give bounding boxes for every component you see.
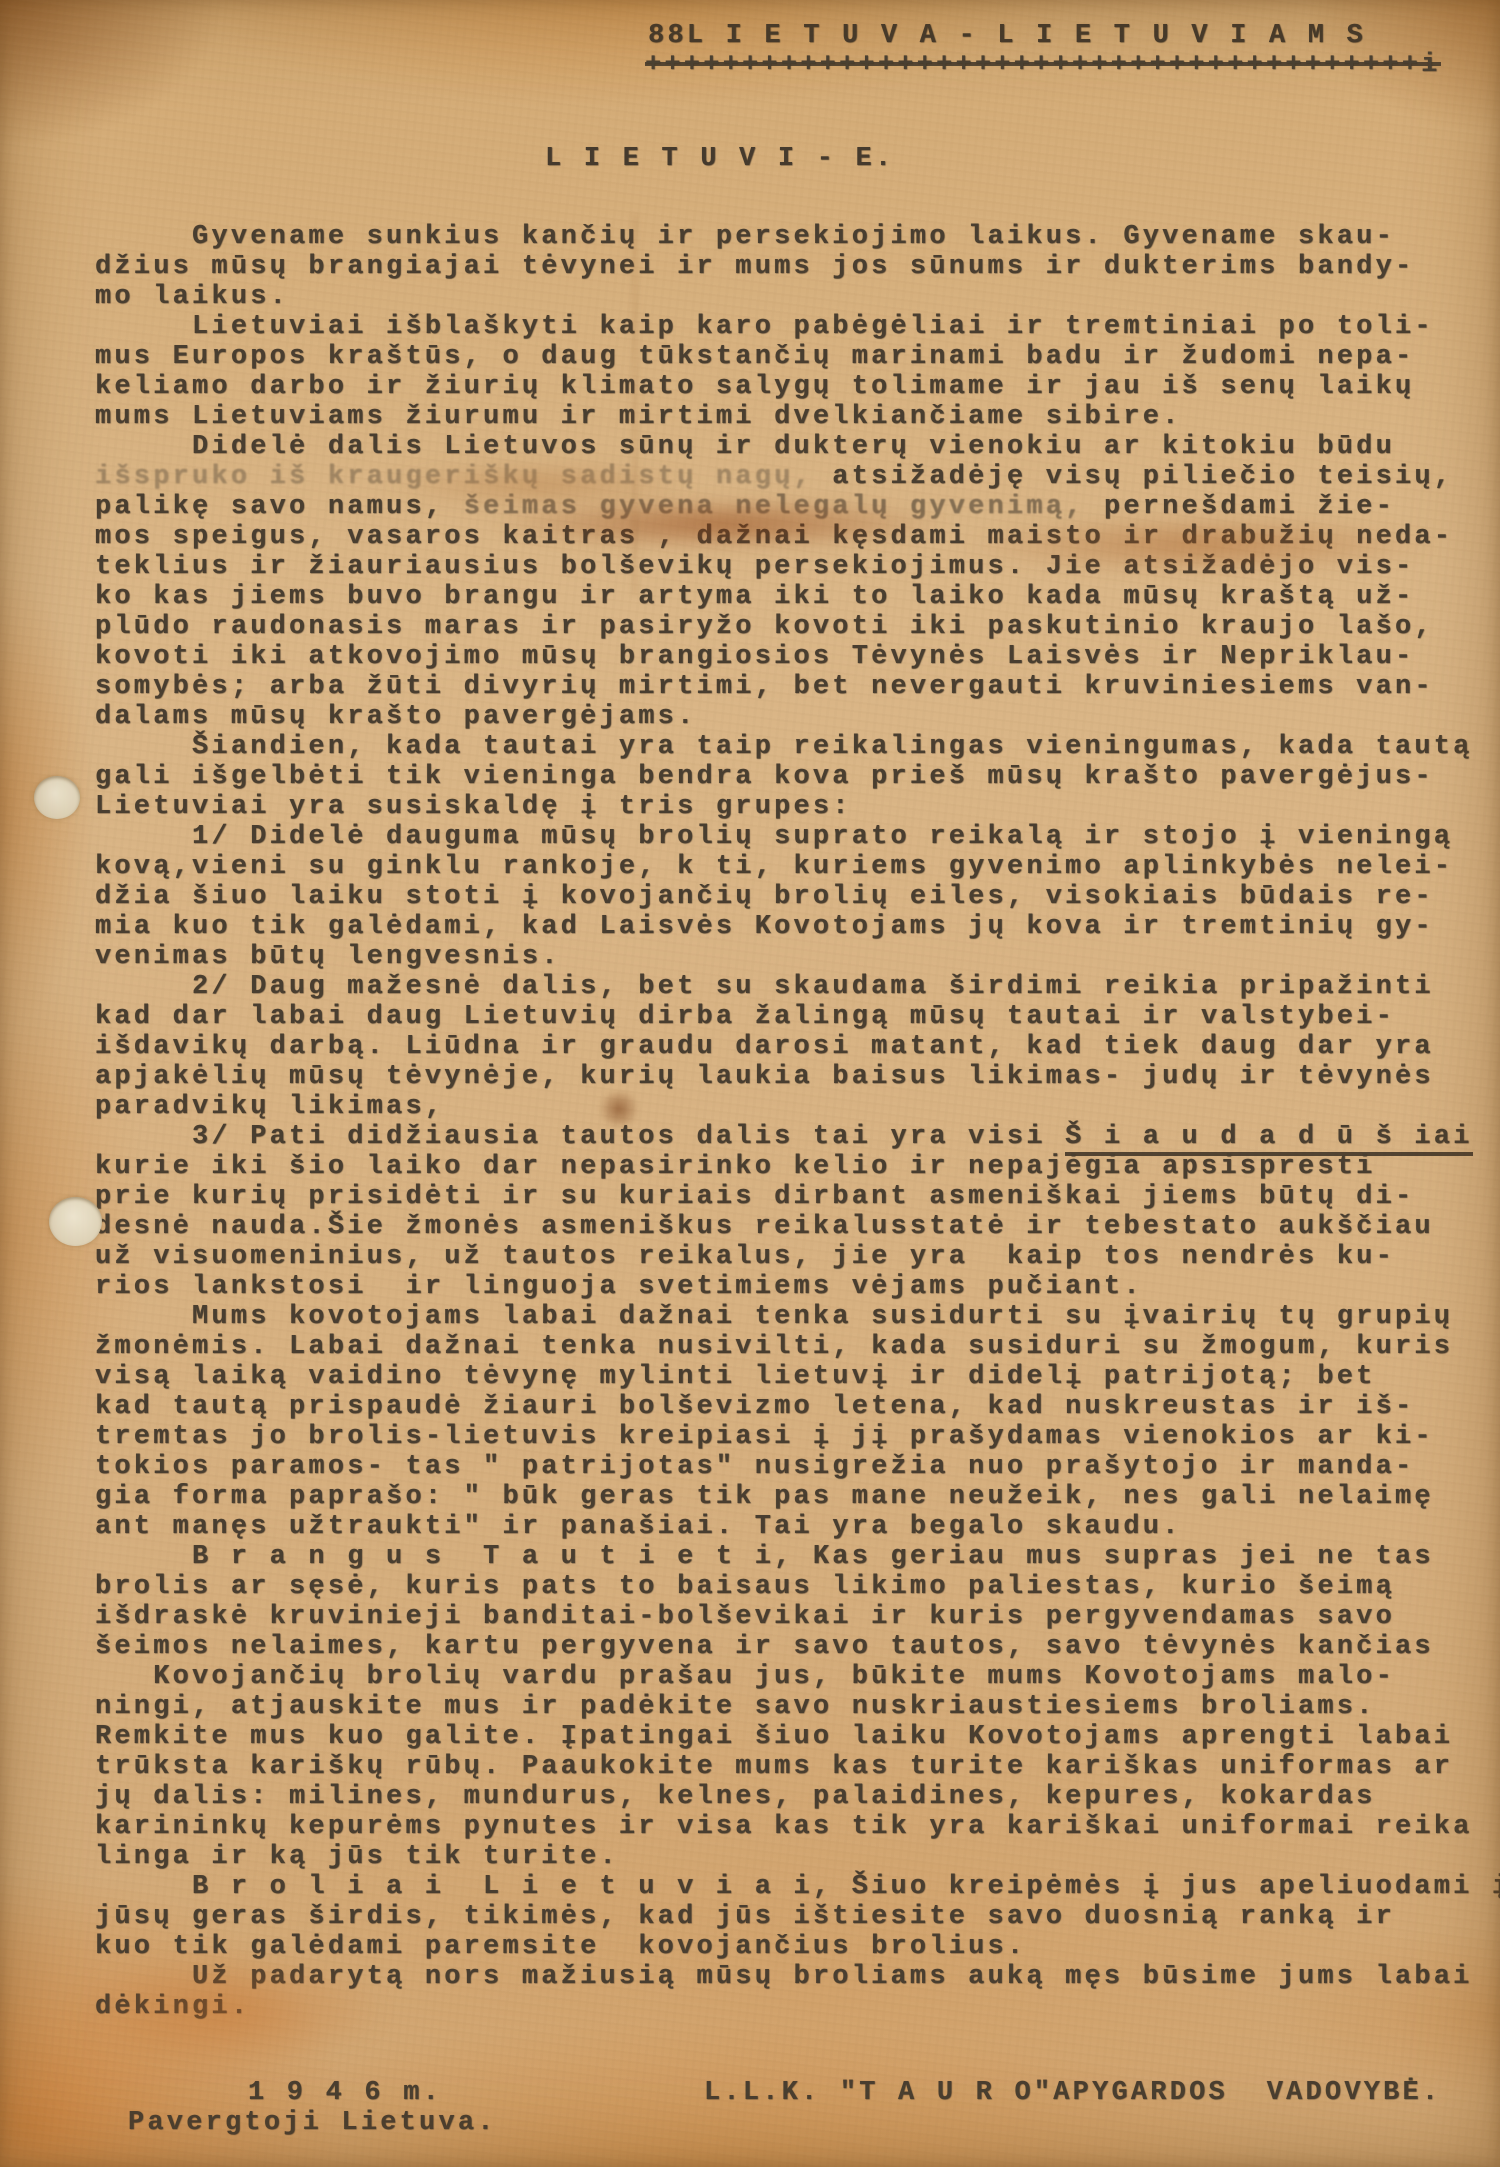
- text-line: jų dalis: milines, mundurus, kelnes, pal…: [95, 1782, 1500, 1812]
- text-line: prie kurių prisidėti ir su kuriais dirba…: [95, 1182, 1500, 1212]
- text-line: 3/ Pati didžiausia tautos dalis tai yra …: [95, 1122, 1500, 1152]
- text-line: keliamo darbo ir žiurių klimato salygų t…: [95, 372, 1500, 402]
- text-line: Mums kovotojams labai dažnai tenka susid…: [95, 1302, 1500, 1332]
- text-line: paradvikų likimas,: [95, 1092, 1500, 1122]
- text-line: Gyvename sunkius kančių ir persekiojimo …: [95, 222, 1500, 252]
- text-line: rios lankstosi ir linguoja svetimiems vė…: [95, 1272, 1500, 1302]
- text-line: palikę savo namus, šeimas gyvena nelegal…: [95, 492, 1500, 522]
- text-line: mus Europos kraštūs, o daug tūkstančių m…: [95, 342, 1500, 372]
- text-line: Didelė dalis Lietuvos sūnų ir dukterų vi…: [95, 432, 1500, 462]
- text-line: dėkingi.: [95, 1992, 1500, 2022]
- text-line: plūdo raudonasis maras ir pasiryžo kovot…: [95, 612, 1500, 642]
- text-line: visą laiką vaidino tėvynę mylinti lietuv…: [95, 1362, 1500, 1392]
- footer-place-line: Pavergtoji Lietuva.: [95, 2108, 1500, 2138]
- page-title: L I E T U V I - E.: [545, 144, 894, 174]
- masthead-underline: ++++++++++++++++++++++++++++++++++++++++…: [645, 50, 1441, 80]
- text-line: B r a n g u s T a u t i e t i, Kas geria…: [95, 1542, 1500, 1572]
- text-line: išdavikų darbą. Liūdna ir graudu darosi …: [95, 1032, 1500, 1062]
- punch-hole-bottom: [49, 1197, 102, 1246]
- text-line: Lietuviai išblaškyti kaip karo pabėgėlia…: [95, 312, 1500, 342]
- text-line: linga ir ką jūs tik turite.: [95, 1842, 1500, 1872]
- text-line: gali išgelbėti tik vieninga bendra kova …: [95, 762, 1500, 792]
- text-line: džius mūsų brangiajai tėvynei ir mums jo…: [95, 252, 1500, 282]
- text-line: ko kas jiems buvo brangu ir artyma iki t…: [95, 582, 1500, 612]
- text-line: išspruko iš kraugeriškų sadistų nagų, at…: [95, 462, 1500, 492]
- footer-place: Pavergtoji Lietuva.: [128, 2108, 497, 2138]
- text-line: tokios paramos- tas " patrijotas" nusigr…: [95, 1452, 1500, 1482]
- text-line: Šiandien, kada tautai yra taip reikaling…: [95, 732, 1500, 762]
- text-line: Už padarytą nors mažiusią mūsų broliams …: [95, 1962, 1500, 1992]
- text-line: apjakėlių mūsų tėvynėje, kurių laukia ba…: [95, 1062, 1500, 1092]
- text-line: išdraskė kruvinieji banditai-bolševikai …: [95, 1602, 1500, 1632]
- document-body: Gyvename sunkius kančių ir persekiojimo …: [95, 222, 1500, 2167]
- text-line: mos speigus, vasaros kaitras , dažnai kę…: [95, 522, 1500, 552]
- masthead-title: 88L I E T U V A - L I E T U V I A M S: [648, 20, 1366, 52]
- text-line: ant manęs užtraukti" ir panašiai. Tai yr…: [95, 1512, 1500, 1542]
- text-line: mia kuo tik galėdami, kad Laisvės Kovoto…: [95, 912, 1500, 942]
- footer-signature: L.L.K. "T A U R O"APYGARDOS VADOVYBĖ.: [704, 2078, 1441, 2108]
- text-line: už visuomeninius, už tautos reikalus, ji…: [95, 1242, 1500, 1272]
- punch-hole-top: [34, 776, 80, 819]
- text-line: kad tautą prispaudė žiauri bolševizmo le…: [95, 1392, 1500, 1422]
- text-line: kurie iki šio laiko dar nepasirinko keli…: [95, 1152, 1500, 1182]
- text-line: kad dar labai daug Lietuvių dirba žaling…: [95, 1002, 1500, 1032]
- footer-date-line: 1 9 4 6 m.L.L.K. "T A U R O"APYGARDOS VA…: [95, 2078, 1500, 2108]
- text-line: 1/ Didelė dauguma mūsų brolių suprato re…: [95, 822, 1500, 852]
- text-line: ningi, atjauskite mus ir padėkite savo n…: [95, 1692, 1500, 1722]
- text-line: mums Lietuviams žiurumu ir mirtimi dvelk…: [95, 402, 1500, 432]
- text-line: B r o l i a i L i e t u v i a i, Šiuo kr…: [95, 1872, 1500, 1902]
- text-line: Remkite mus kuo galite. Įpatingai šiuo l…: [95, 1722, 1500, 1752]
- text-line: šeimos nelaimes, kartu pergyvena ir savo…: [95, 1632, 1500, 1662]
- text-line: 2/ Daug mažesnė dalis, bet su skaudama š…: [95, 972, 1500, 1002]
- text-line: dalams mūsų krašto pavergėjams.: [95, 702, 1500, 732]
- text-line: tremtas jo brolis-lietuvis kreipiasi į j…: [95, 1422, 1500, 1452]
- text-line: džia šiuo laiku stoti į kovojančių broli…: [95, 882, 1500, 912]
- text-line: žmonėmis. Labai dažnai tenka nusivilti, …: [95, 1332, 1500, 1362]
- text-line: teklius ir žiauriausius bolševikų persek…: [95, 552, 1500, 582]
- text-line: kuo tik galėdami paremsite kovojančius b…: [95, 1932, 1500, 1962]
- text-line: Kovojančių brolių vardu prašau jus, būki…: [95, 1662, 1500, 1692]
- footer-block: 1 9 4 6 m.L.L.K. "T A U R O"APYGARDOS VA…: [95, 2078, 1500, 2138]
- text-line: somybės; arba žūti divyrių mirtimi, bet …: [95, 672, 1500, 702]
- text-line: brolis ar sęsė, kuris pats to baisaus li…: [95, 1572, 1500, 1602]
- text-line: mo laikus.: [95, 282, 1500, 312]
- text-line: jūsų geras širdis, tikimės, kad jūs išti…: [95, 1902, 1500, 1932]
- text-line: Lietuviai yra susiskaldę į tris grupes:: [95, 792, 1500, 822]
- text-line: desnė nauda.Šie žmonės asmeniškus reikal…: [95, 1212, 1500, 1242]
- text-line: karininkų kepurėms pynutes ir visa kas t…: [95, 1812, 1500, 1842]
- text-line: kovoti iki atkovojimo mūsų brangiosios T…: [95, 642, 1500, 672]
- text-line: gia forma paprašo: " būk geras tik pas m…: [95, 1482, 1500, 1512]
- footer-year: 1 9 4 6 m.: [248, 2078, 442, 2108]
- text-line: trūksta kariškų rūbų. Paaukokite mums ka…: [95, 1752, 1500, 1782]
- document-page: 88L I E T U V A - L I E T U V I A M S ++…: [0, 0, 1500, 2167]
- text-line: venimas būtų lengvesnis.: [95, 942, 1500, 972]
- text-line: kovą,vieni su ginklu rankoje, k ti, kuri…: [95, 852, 1500, 882]
